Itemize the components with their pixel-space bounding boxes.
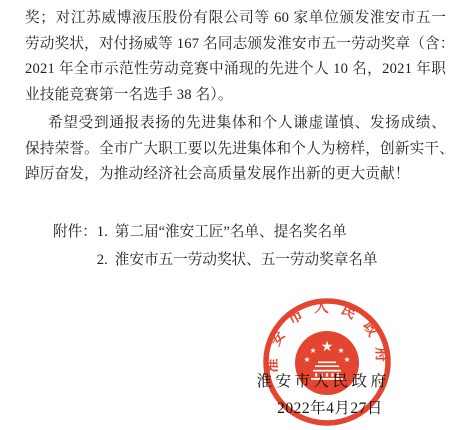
paragraph1-line-2: 劳动奖状，对付扬威等 167 名同志颁发淮安市五一劳动奖章（含： <box>25 32 446 58</box>
paragraph-1: 奖；对江苏威博液压股份有限公司等 60 家单位颁发淮安市五一 劳动奖状，对付扬威… <box>25 6 446 108</box>
emblem-star-large: ★ <box>321 340 334 355</box>
attachment-number-2: 2. <box>97 246 115 274</box>
paragraph1-line-3: 2021 年全市示范性劳动竞赛中涌现的先进个人 10 名，2021 年职 <box>25 57 446 83</box>
paragraph1-line-4: 业技能竞赛第一名选手 38 名）。 <box>25 83 446 109</box>
seal-arc-text: 淮安市人民政府 <box>263 299 392 373</box>
attachment-item-1: 1.第二届“淮安工匠”名单、提名奖名单 <box>97 218 378 246</box>
signature-authority: 淮安市人民政府 <box>256 369 389 391</box>
emblem-star-small: ★ <box>310 346 317 355</box>
signature-date: 2022年4月27日 <box>277 396 383 418</box>
paragraph2-line-1: 希望受到通报表扬的先进集体和个人谦虚谨慎、发扬成绩、 <box>25 111 446 137</box>
paragraph2-line-2: 保持荣誉。全市广大职工要以先进集体和个人为榜样，创新实干、 <box>25 137 446 163</box>
document-page: 奖；对江苏威博液压股份有限公司等 60 家单位颁发淮安市五一 劳动奖状，对付扬威… <box>0 0 454 430</box>
seal-arc-text-holder: 淮安市人民政府 <box>263 299 392 373</box>
attachment-number-1: 1. <box>97 218 115 246</box>
attachments-list: 1.第二届“淮安工匠”名单、提名奖名单 2.淮安市五一劳动奖状、五一劳动奖章名单 <box>97 218 378 274</box>
attachment-text-1: 第二届“淮安工匠”名单、提名奖名单 <box>115 224 347 240</box>
attachments-label: 附件： <box>53 218 97 246</box>
emblem-star-small: ★ <box>304 355 311 364</box>
emblem-star-small: ★ <box>344 355 351 364</box>
attachment-item-2: 2.淮安市五一劳动奖状、五一劳动奖章名单 <box>97 246 378 274</box>
body-text: 奖；对江苏威博液压股份有限公司等 60 家单位颁发淮安市五一 劳动奖状，对付扬威… <box>25 6 446 188</box>
paragraph-2: 希望受到通报表扬的先进集体和个人谦虚谨慎、发扬成绩、 保持荣誉。全市广大职工要以… <box>25 111 446 188</box>
paragraph1-line-1: 奖；对江苏威博液压股份有限公司等 60 家单位颁发淮安市五一 <box>25 6 446 32</box>
emblem-star-small: ★ <box>338 346 345 355</box>
paragraph2-line-3: 踔厉奋发，为推动经济社会高质量发展作出新的更大贡献！ <box>25 162 446 188</box>
attachment-text-2: 淮安市五一劳动奖状、五一劳动奖章名单 <box>115 252 378 268</box>
attachments-block: 附件： 1.第二届“淮安工匠”名单、提名奖名单 2.淮安市五一劳动奖状、五一劳动… <box>53 218 378 274</box>
